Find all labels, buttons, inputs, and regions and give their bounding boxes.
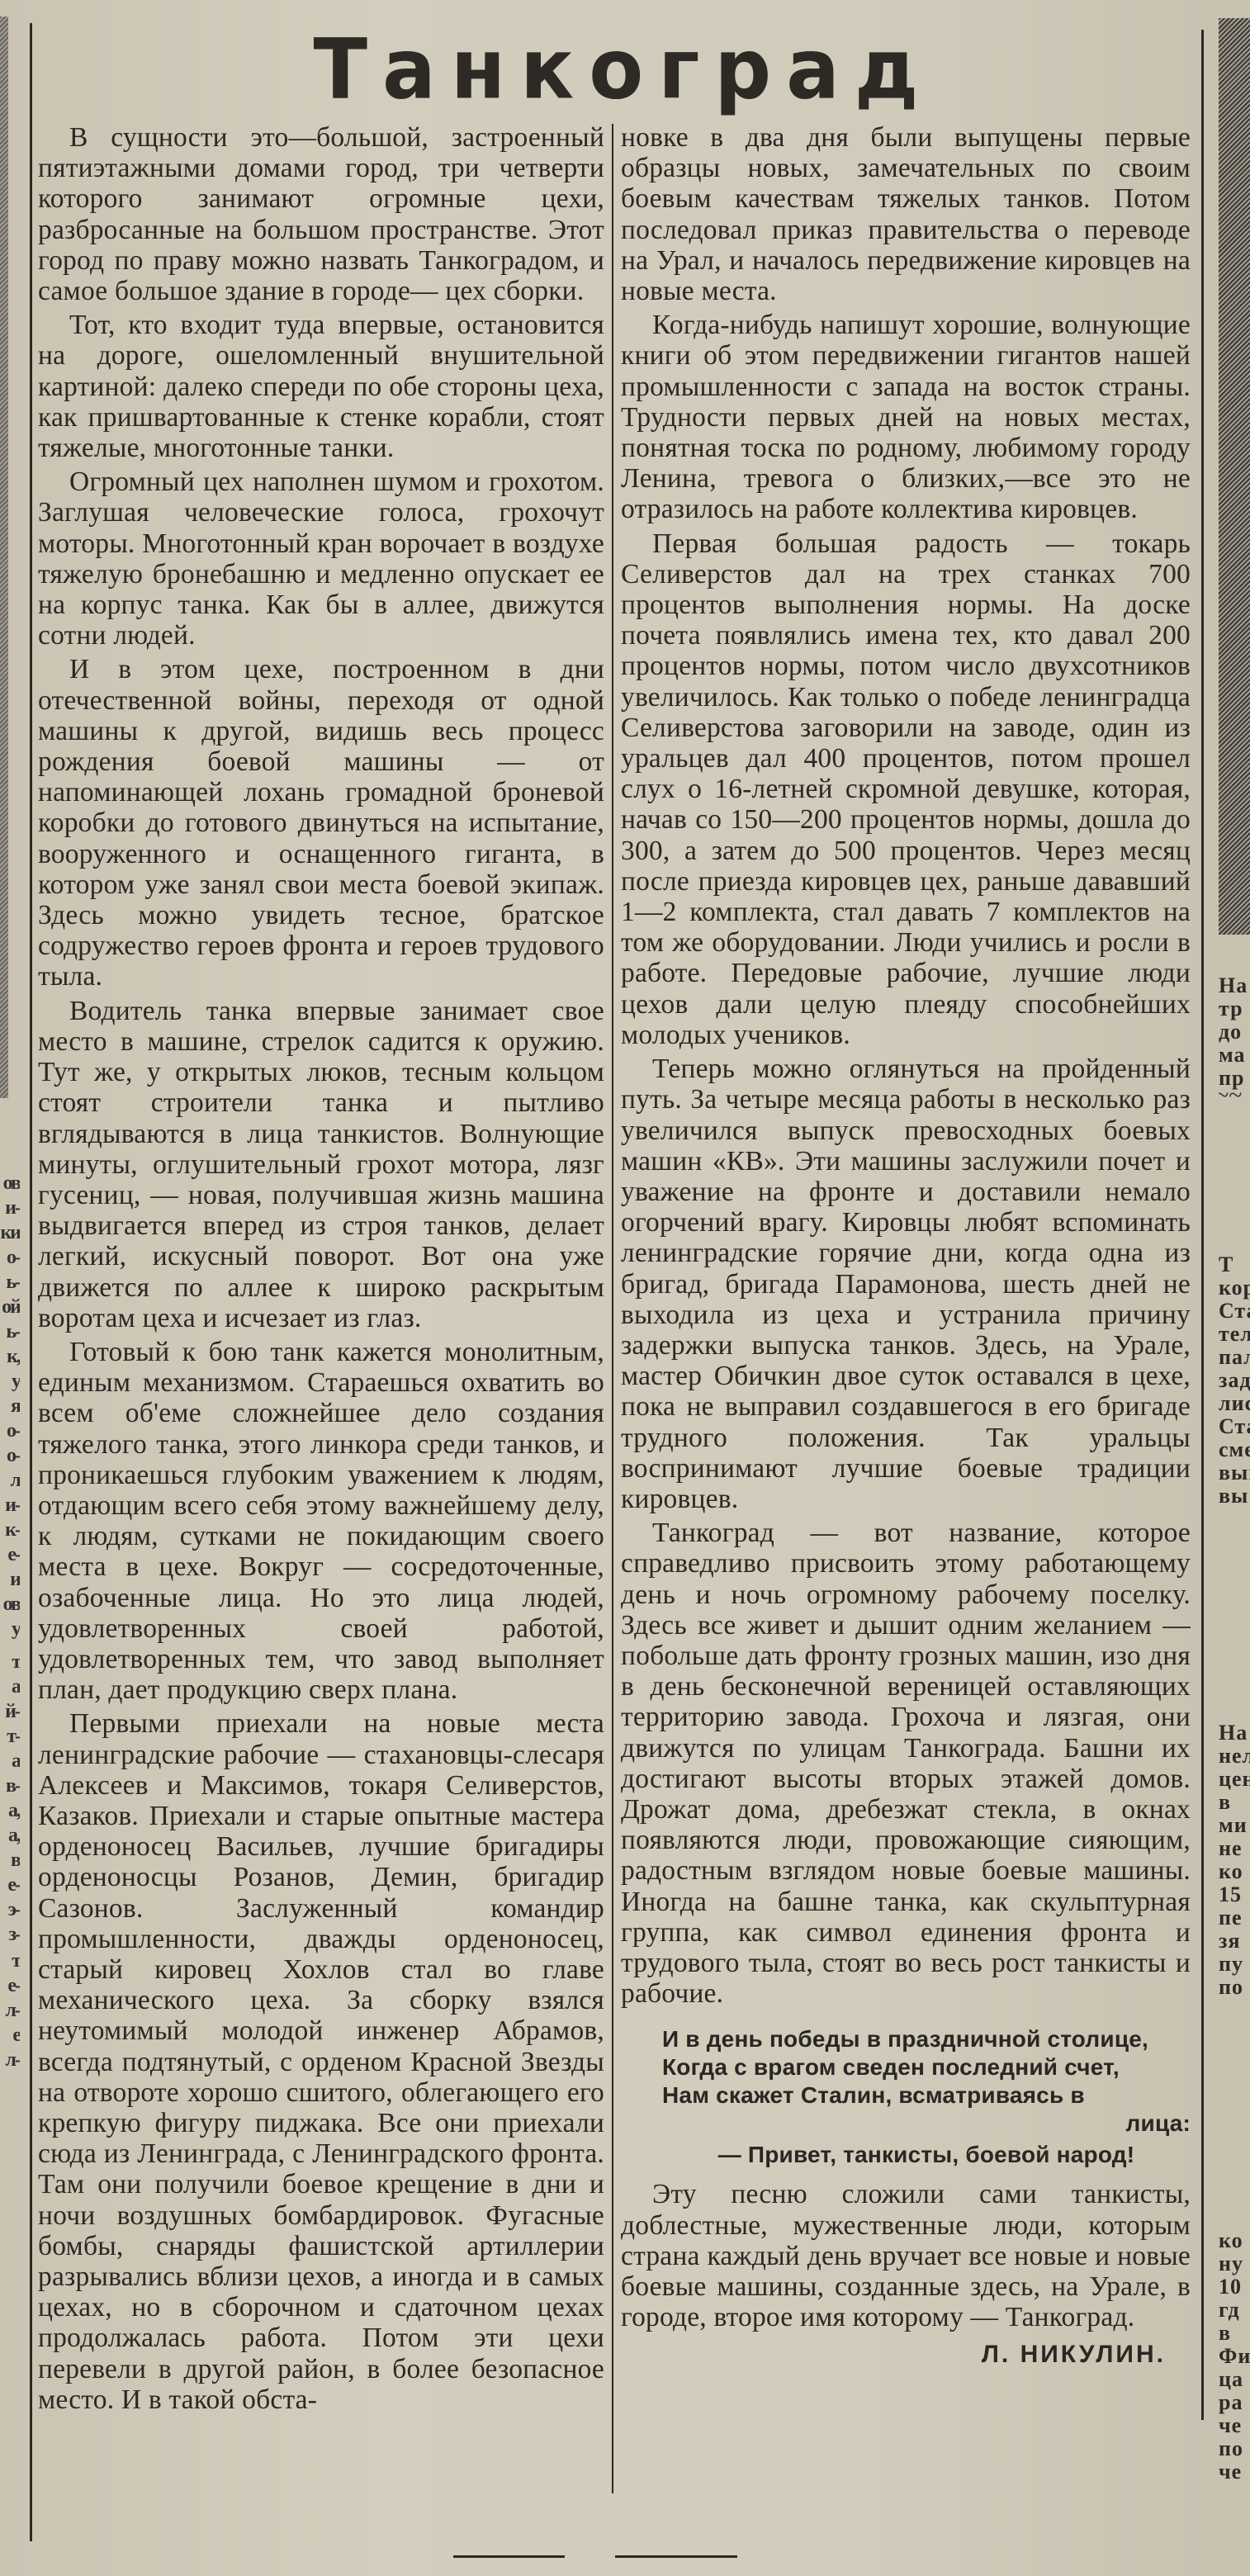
left-hatched-illustration <box>0 17 8 1098</box>
song-verse: И в день победы в праздничной столице, К… <box>662 2025 1191 2169</box>
right-fragment-text-2: Т кор Ста тел пал зад лис Ста сме вып вы <box>1219 1253 1250 1508</box>
left-fragment-text-2: т а й- т- а в- а, а, в е- э- з- <box>0 1650 20 1947</box>
article-headline: Танкоград <box>33 21 1214 118</box>
left-column-rule <box>30 23 32 2541</box>
paragraph: Первая большая радость — токарь Селиверс… <box>621 528 1191 1050</box>
closing-paragraph: Эту песню сложили сами танкисты, доблест… <box>621 2179 1191 2332</box>
paragraph: Первыми приехали на новые места ленингра… <box>38 1708 604 2415</box>
left-adjacent-column-fragment: ов и- ки о- ь- ой ь- к, у я о- о- л и- к… <box>0 0 20 2576</box>
verse-line: Нам скажет Сталин, всматриваясь в <box>662 2081 1191 2110</box>
paragraph: Когда-нибудь напишут хорошие, волнующие … <box>621 310 1191 524</box>
left-fragment-text-3: т е- л- е л- <box>0 1949 20 2072</box>
paragraph: И в этом цехе, построенном в дни отечест… <box>38 654 604 992</box>
left-fragment-text-1: ов и- ки о- ь- ой ь- к, у я о- о- л и- к… <box>0 1171 20 1641</box>
verse-line-wrap: лица: <box>662 2110 1191 2138</box>
right-column-rule <box>1201 30 1204 2420</box>
paragraph: Водитель танка впервые занимает свое мес… <box>38 996 604 1333</box>
right-fragment-text-4: ко ну 10 гд в Фи ца ра че по че <box>1219 2229 1250 2484</box>
wavy-divider-icon: ~~ <box>1219 1082 1242 1110</box>
article-column-left: В сущности это—большой, застроенный пяти… <box>38 122 604 2415</box>
verse-line: И в день победы в праздничной столице, <box>662 2025 1191 2053</box>
paragraph: Огромный цех наполнен шумом и грохотом. … <box>38 466 604 651</box>
bottom-left-separator <box>453 2555 565 2558</box>
right-hatched-illustration <box>1219 18 1250 935</box>
paragraph: новке в два дня были выпущены первые обр… <box>621 122 1191 306</box>
bottom-right-separator <box>615 2555 737 2558</box>
newspaper-page: ов и- ки о- ь- ой ь- к, у я о- о- л и- к… <box>0 0 1250 2576</box>
paragraph: Танкоград — вот название, которое справе… <box>621 1518 1191 2009</box>
verse-line: Когда с врагом сведен последний счет, <box>662 2053 1191 2081</box>
center-column-rule <box>612 124 613 2493</box>
paragraph: Теперь можно оглянуться на пройденный пу… <box>621 1054 1191 1514</box>
verse-line: — Привет, танкисты, боевой народ! <box>662 2141 1191 2169</box>
article-column-right: новке в два дня были выпущены первые обр… <box>621 122 1191 2370</box>
right-fragment-text-1: На тр до ма пр <box>1219 974 1250 1090</box>
paragraph: Тот, кто входит туда впервые, остановитс… <box>38 310 604 463</box>
right-adjacent-column-fragment: На тр до ма пр ~~ Т кор Ста тел пал зад … <box>1219 0 1250 2576</box>
right-fragment-text-3: На нел цен в ми не ко 15 пе зя пу по <box>1219 1721 1250 1999</box>
paragraph: В сущности это—большой, застроенный пяти… <box>38 122 604 306</box>
author-signature: Л. НИКУЛИН. <box>621 2339 1191 2370</box>
paragraph: Готовый к бою танк кажется монолитным, е… <box>38 1337 604 1705</box>
